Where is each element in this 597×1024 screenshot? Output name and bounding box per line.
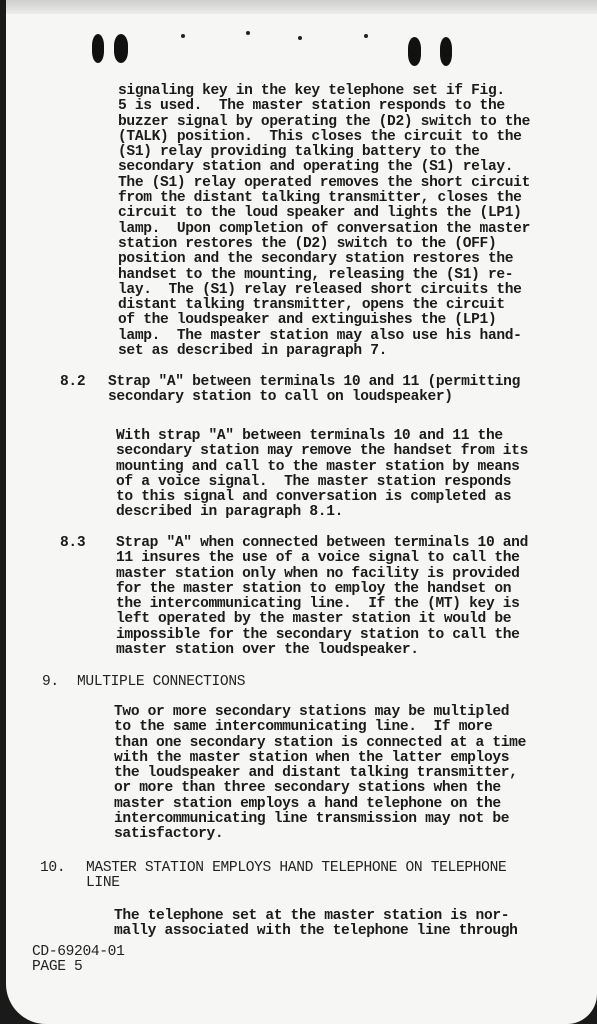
section-body-8-2: With strap "A" between terminals 10 and … xyxy=(116,429,528,521)
page-number: PAGE 5 xyxy=(32,960,82,975)
scan-edge xyxy=(6,0,597,14)
section-number-9: 9. xyxy=(42,675,59,690)
section-heading-9: MULTIPLE CONNECTIONS xyxy=(77,675,245,690)
speck xyxy=(298,36,302,40)
speck xyxy=(246,31,250,35)
paragraph-8-1-continued: signaling key in the key telephone set i… xyxy=(118,84,530,359)
document-number: CD-69204-01 xyxy=(32,945,125,960)
punch-hole xyxy=(408,37,421,66)
section-number-8-2: 8.2 xyxy=(60,375,85,390)
document-page: signaling key in the key telephone set i… xyxy=(6,0,597,1024)
section-number-10: 10. xyxy=(40,861,65,876)
speck xyxy=(181,34,185,38)
section-number-8-3: 8.3 xyxy=(60,536,85,551)
punch-hole xyxy=(440,37,452,66)
section-heading-8-2: Strap "A" between terminals 10 and 11 (p… xyxy=(108,375,520,406)
punch-hole xyxy=(114,34,128,63)
section-body-9: Two or more secondary stations may be mu… xyxy=(114,705,526,843)
speck xyxy=(364,34,368,38)
punch-hole xyxy=(92,34,104,63)
section-body-8-3: Strap "A" when connected between termina… xyxy=(116,536,528,658)
section-heading-10: MASTER STATION EMPLOYS HAND TELEPHONE ON… xyxy=(86,861,506,892)
section-body-10: The telephone set at the master station … xyxy=(114,909,518,940)
